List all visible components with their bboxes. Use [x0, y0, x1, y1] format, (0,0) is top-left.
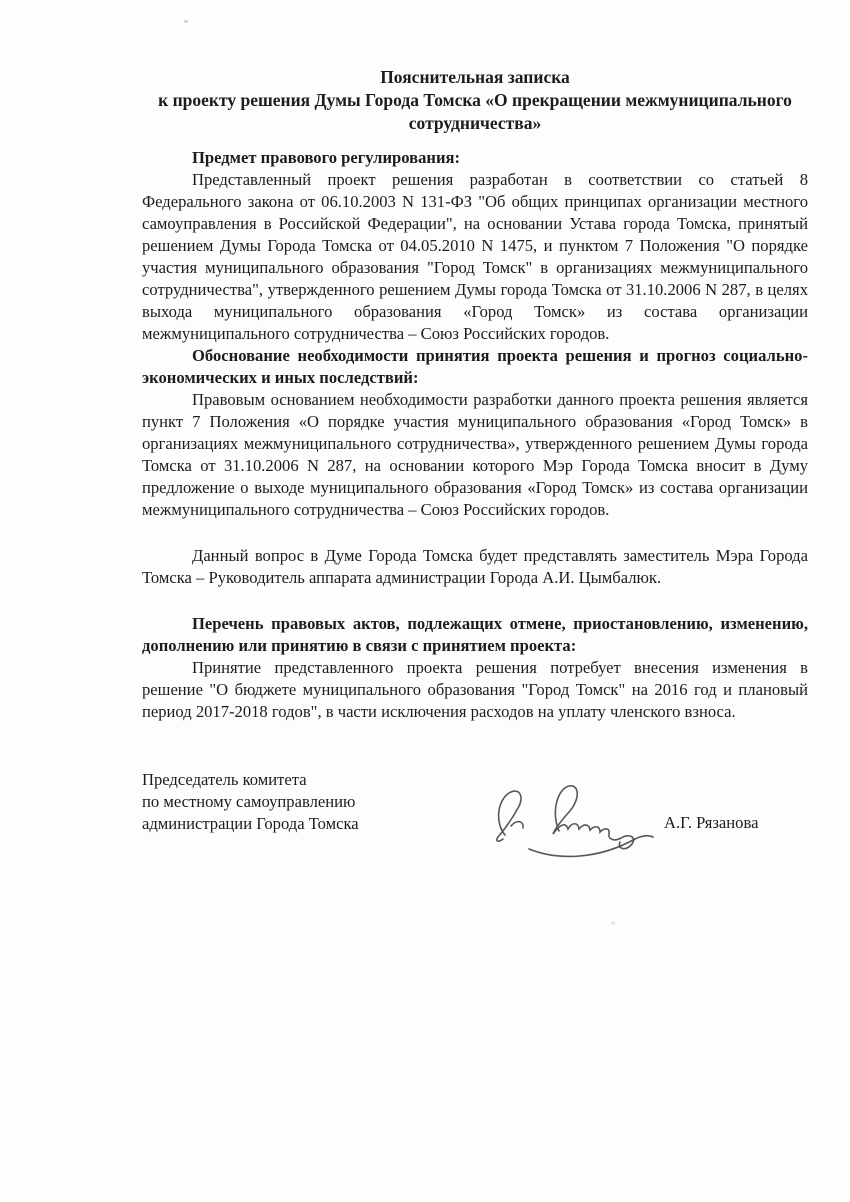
title-line-subject: к проекту решения Думы Города Томска «О …: [142, 89, 808, 135]
signature-block: Председатель комитета по местному самоуп…: [142, 769, 808, 889]
paragraph-legal-basis: Представленный проект решения разработан…: [142, 169, 808, 345]
scan-speck: [611, 921, 615, 925]
signer-position-line: администрации Города Томска: [142, 813, 359, 835]
signer-name: А.Г. Рязанова: [664, 813, 758, 833]
paragraph-justification: Правовым основанием необходимости разраб…: [142, 389, 808, 521]
signer-position: Председатель комитета по местному самоуп…: [142, 769, 359, 835]
section-justification: Обоснование необходимости принятия проек…: [142, 345, 808, 589]
title-line-main: Пояснительная записка: [142, 66, 808, 89]
section-subject: Предмет правового регулирования: Предста…: [142, 147, 808, 345]
scan-speck: [184, 20, 188, 23]
document-content: Пояснительная записка к проекту решения …: [142, 66, 808, 889]
paragraph-budget-change: Принятие представленного проекта решения…: [142, 657, 808, 723]
signer-position-line: по местному самоуправлению: [142, 791, 359, 813]
scanned-document-page: Пояснительная записка к проекту решения …: [0, 0, 850, 1202]
section-acts-list: Перечень правовых актов, подлежащих отме…: [142, 613, 808, 723]
handwritten-signature-icon: [467, 777, 682, 867]
section-heading-acts-list: Перечень правовых актов, подлежащих отме…: [142, 613, 808, 657]
signer-position-line: Председатель комитета: [142, 769, 359, 791]
document-title: Пояснительная записка к проекту решения …: [142, 66, 808, 135]
section-heading-justification: Обоснование необходимости принятия проек…: [142, 345, 808, 389]
section-heading-subject: Предмет правового регулирования:: [142, 147, 808, 169]
paragraph-presenter: Данный вопрос в Думе Города Томска будет…: [142, 545, 808, 589]
